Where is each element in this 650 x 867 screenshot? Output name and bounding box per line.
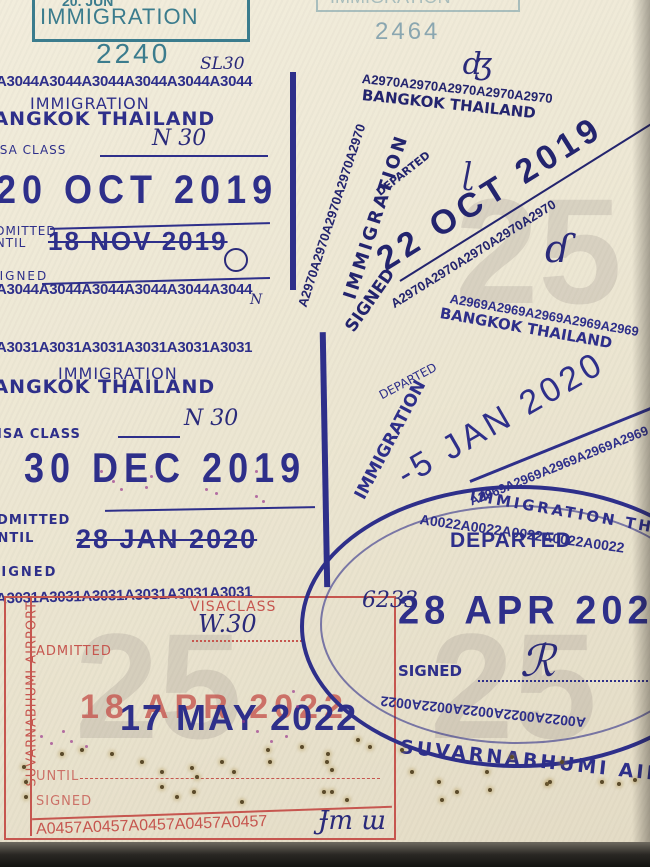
page-edge-shadow xyxy=(632,0,650,845)
handwritten-signature: ℛ xyxy=(520,640,555,684)
passport-bottom-edge xyxy=(0,842,650,867)
passport-page: 25 25 25 20. JUN IMMIGRATION 2240 IMMIGR… xyxy=(0,0,650,845)
stamp-departure-5-jan-2020: A2969A2969A2969A2969A2969 BANGKOK THAILA… xyxy=(320,270,650,520)
handwritten-signature: ɭ xyxy=(462,160,473,190)
handwritten-signature: ɗ xyxy=(545,230,571,268)
handwritten-signature: ʤ xyxy=(462,50,493,80)
handwritten-signature: Ɉm ɯ xyxy=(318,808,386,834)
